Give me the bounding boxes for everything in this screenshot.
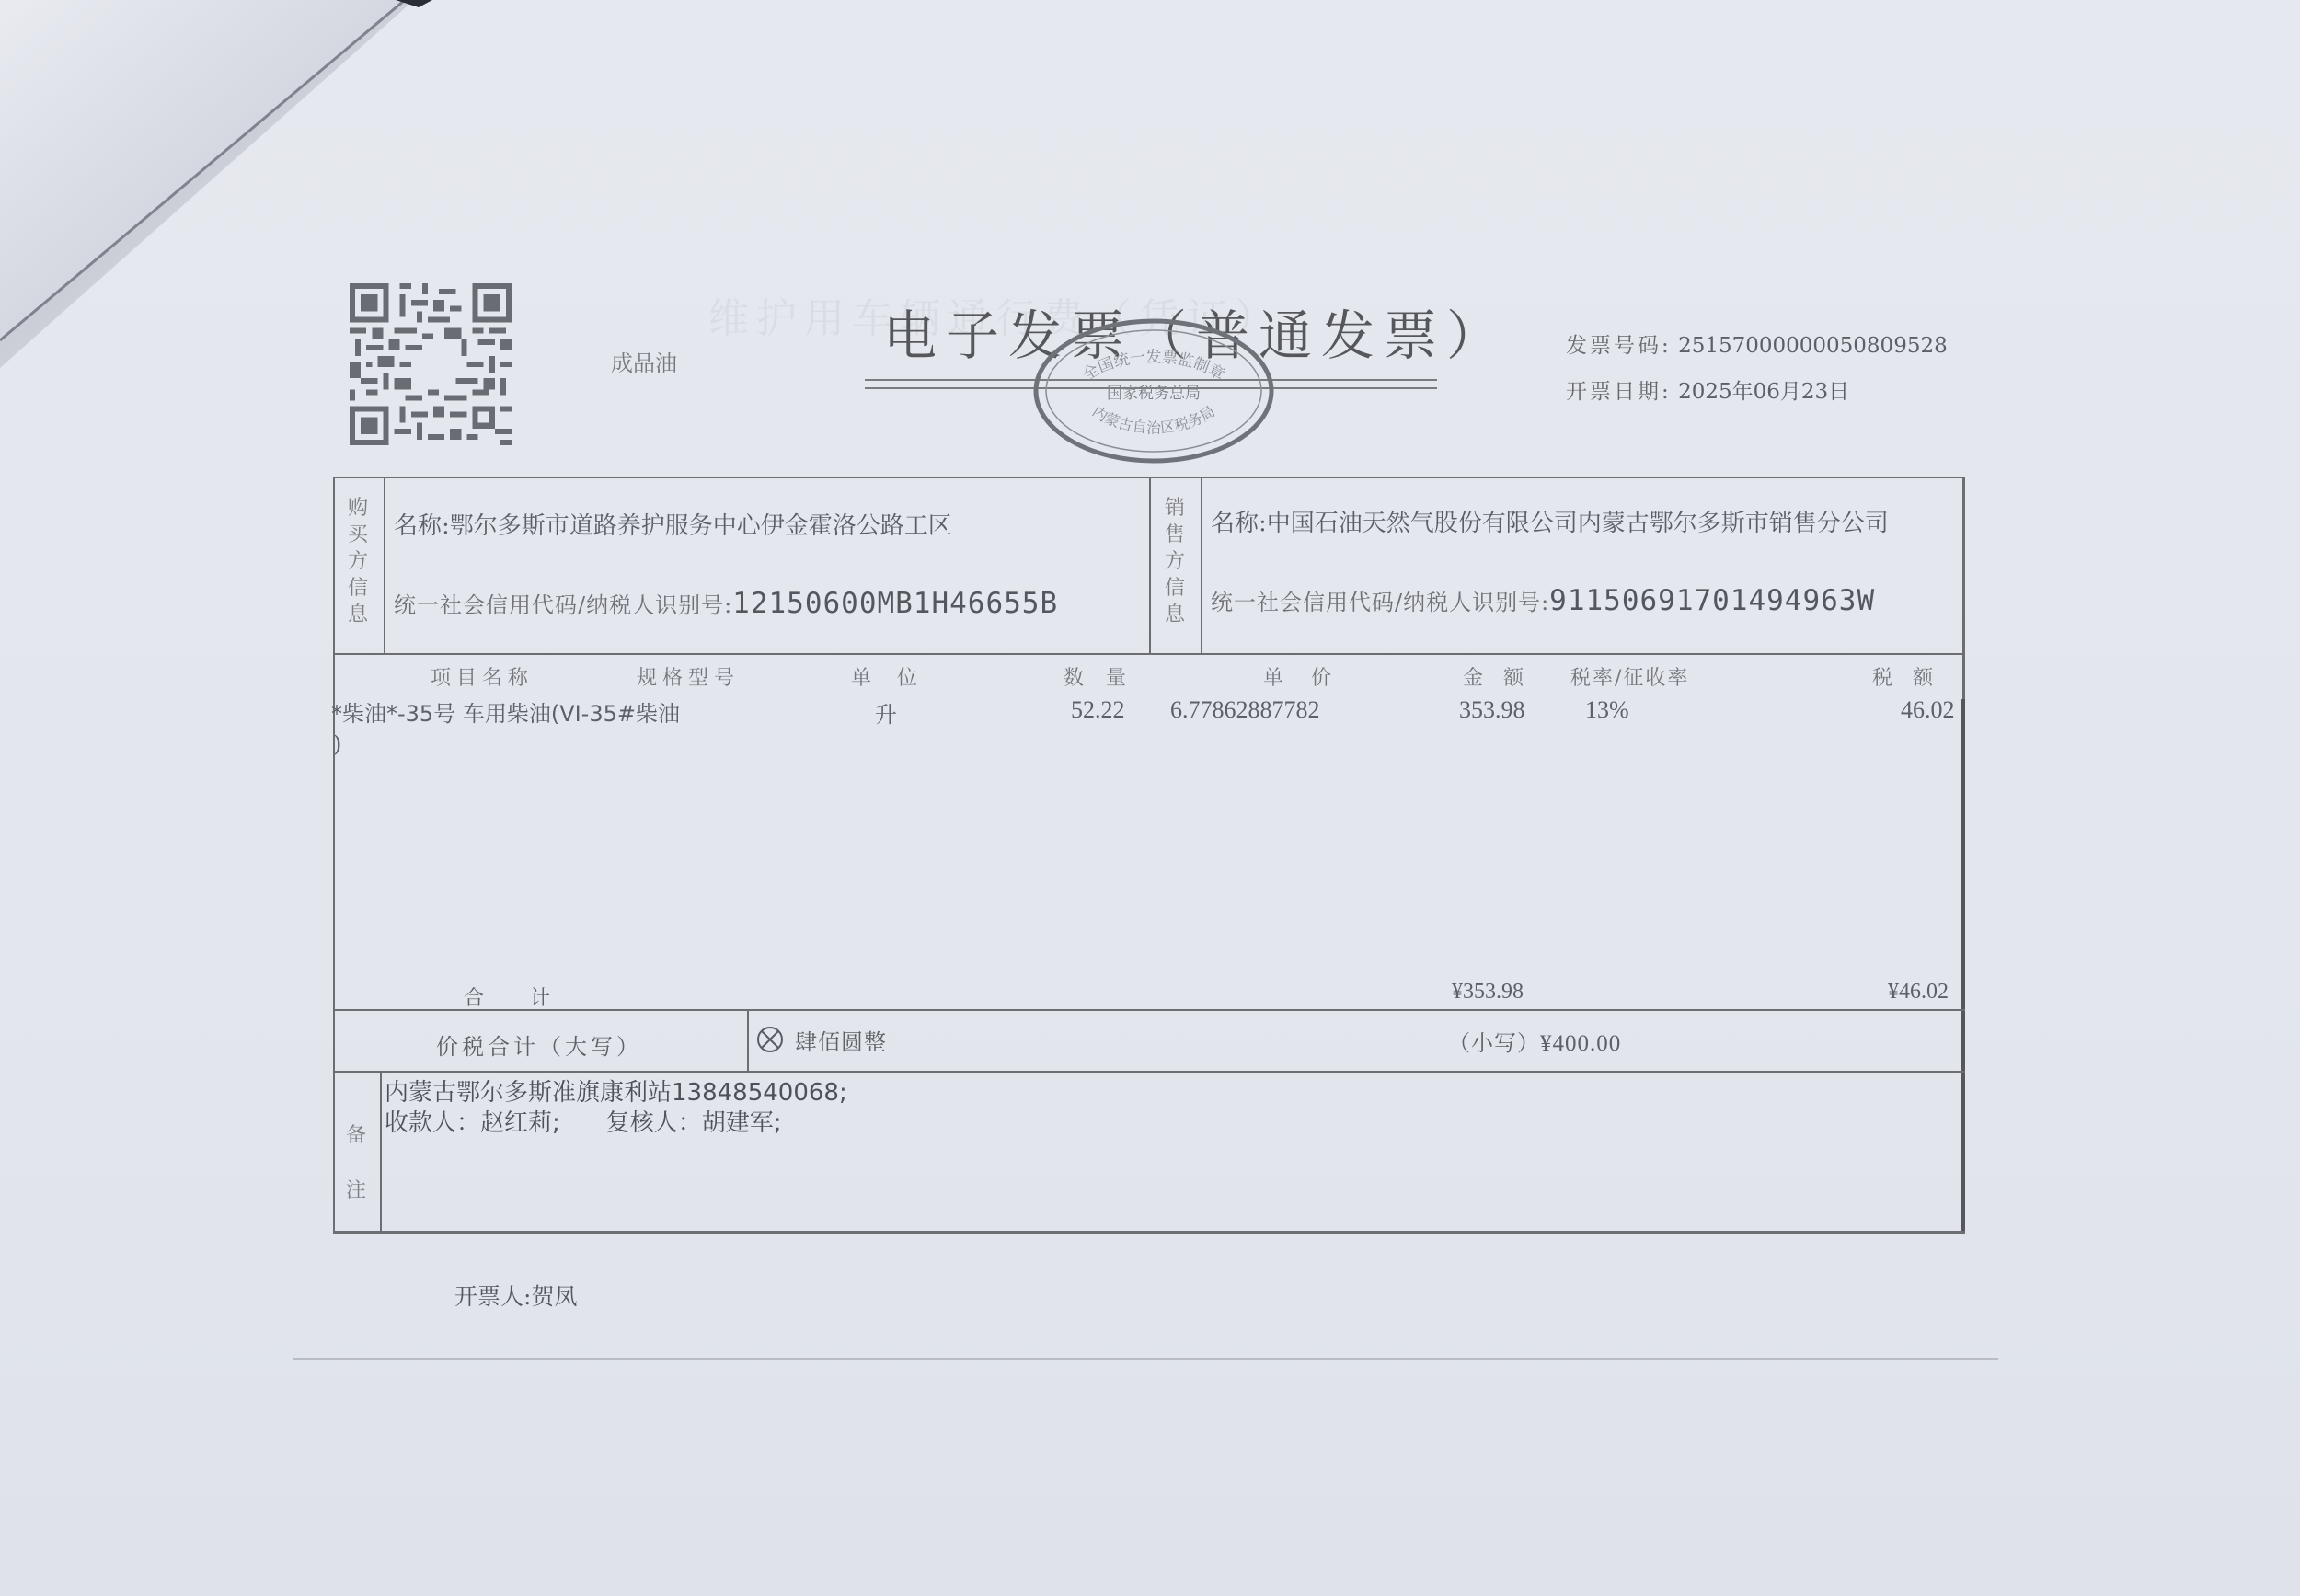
- buyer-name-value: 鄂尔多斯市道路养护服务中心伊金霍洛公路工区: [450, 512, 952, 540]
- remarks-section-label: 备 注: [344, 1108, 368, 1219]
- item-amount: 353.98: [1459, 696, 1525, 724]
- grand-total-in-words: 肆佰圆整: [795, 1024, 887, 1056]
- table-border-bottom: [333, 1231, 1965, 1234]
- table-border-left: [333, 477, 335, 1234]
- seller-label-divider: [1201, 477, 1202, 654]
- total-label: 合计: [464, 982, 596, 1011]
- seller-tax-id: 统一社会信用代码/纳税人识别号:91150691701494963W: [1211, 584, 1875, 617]
- item-name: *柴油*-35号 车用柴油(VI-35#柴油: [331, 695, 680, 728]
- remarks-payee: 收款人：赵红莉;: [385, 1109, 560, 1137]
- buyer-tax-id-value: 12150600MB1H46655B: [732, 587, 1058, 620]
- issuer-name: 贺凤: [531, 1283, 577, 1310]
- invoice-number: 发票号码: 25157000000050809528: [1566, 328, 1948, 359]
- bottom-rule: [293, 1358, 1998, 1360]
- col-header-qty: 数量: [1064, 662, 1148, 691]
- col-header-name: 项目名称: [431, 662, 534, 691]
- svg-text:国家税务总局: 国家税务总局: [1107, 385, 1201, 403]
- item-name-wrap: ): [333, 731, 341, 757]
- grand-total-label-divider: [747, 1009, 749, 1072]
- invoice-date: 开票日期: 2025年06月23日: [1566, 374, 1849, 405]
- col-header-amount: 金额: [1463, 662, 1544, 691]
- qr-code: [348, 283, 513, 445]
- col-header-price: 单价: [1263, 662, 1359, 691]
- svg-text:全国统一发票监制章: 全国统一发票监制章: [1080, 348, 1228, 385]
- remarks-line-signers: 收款人：赵红莉;复核人：胡建军;: [385, 1108, 782, 1139]
- remarks-line-station: 内蒙古鄂尔多斯准旗康利站13848540068;: [385, 1078, 847, 1108]
- invoice-number-value: 25157000000050809528: [1678, 334, 1948, 358]
- buyer-label-divider: [384, 477, 385, 654]
- table-border-right-thick: [1961, 699, 1965, 1233]
- issuer: 开票人:贺凤: [454, 1279, 577, 1312]
- item-unit-price: 6.77862887782: [1170, 696, 1320, 724]
- buyer-tax-id: 统一社会信用代码/纳税人识别号:12150600MB1H46655B: [394, 587, 1058, 620]
- currency-cross-icon: [756, 1026, 784, 1053]
- seller-name-value: 中国石油天然气股份有限公司内蒙古鄂尔多斯市销售分公司: [1267, 510, 1889, 537]
- grand-total-small-label: （小写）¥400.00: [1448, 1025, 1621, 1057]
- buyer-seller-divider: [1149, 477, 1151, 654]
- total-tax: ¥46.02: [1888, 980, 1949, 1005]
- item-unit: 升: [875, 696, 897, 729]
- invoice-number-label: 发票号码:: [1566, 334, 1672, 358]
- issuer-label: 开票人:: [454, 1283, 531, 1310]
- total-amount: ¥353.98: [1452, 980, 1524, 1005]
- seller-name-label: 名称:: [1211, 510, 1267, 537]
- buyer-tax-id-label: 统一社会信用代码/纳税人识别号:: [394, 592, 732, 618]
- seller-tax-id-value: 91150691701494963W: [1549, 584, 1875, 617]
- col-header-tax: 税额: [1872, 662, 1953, 691]
- invoice-date-label: 开票日期:: [1566, 380, 1672, 404]
- item-tax: 46.02: [1901, 696, 1955, 724]
- col-header-unit: 单位: [851, 662, 943, 691]
- grand-total-divider: [333, 1071, 1965, 1073]
- col-header-rate: 税率/征收率: [1570, 662, 1689, 691]
- seller-tax-id-label: 统一社会信用代码/纳税人识别号:: [1211, 590, 1549, 615]
- buyer-name-label: 名称:: [394, 512, 450, 540]
- item-qty: 52.22: [1071, 696, 1125, 724]
- svg-text:内蒙古自治区税务局: 内蒙古自治区税务局: [1089, 402, 1218, 436]
- seller-name: 名称:中国石油天然气股份有限公司内蒙古鄂尔多斯市销售分公司: [1211, 504, 1889, 538]
- goods-type-label: 成品油: [611, 345, 677, 377]
- remarks-label-divider: [380, 1071, 382, 1233]
- buyer-name: 名称:鄂尔多斯市道路养护服务中心伊金霍洛公路工区: [394, 507, 952, 541]
- grand-total-label: 价税合计（大写）: [436, 1028, 642, 1061]
- item-tax-rate: 13%: [1585, 696, 1629, 724]
- seller-section-label: 销 售 方 信 息: [1163, 495, 1187, 628]
- supervision-stamp: 全国统一发票监制章 国家税务总局 内蒙古自治区税务局: [1032, 317, 1275, 465]
- invoice-date-value: 2025年06月23日: [1678, 380, 1849, 404]
- remarks-reviewer: 复核人：胡建军;: [606, 1109, 782, 1137]
- invoice-paper: [0, 0, 2300, 1596]
- buyer-section-label: 购 买 方 信 息: [346, 495, 370, 628]
- grand-total-in-figures: ¥400.00: [1540, 1031, 1621, 1056]
- col-header-spec: 规格型号: [637, 662, 740, 691]
